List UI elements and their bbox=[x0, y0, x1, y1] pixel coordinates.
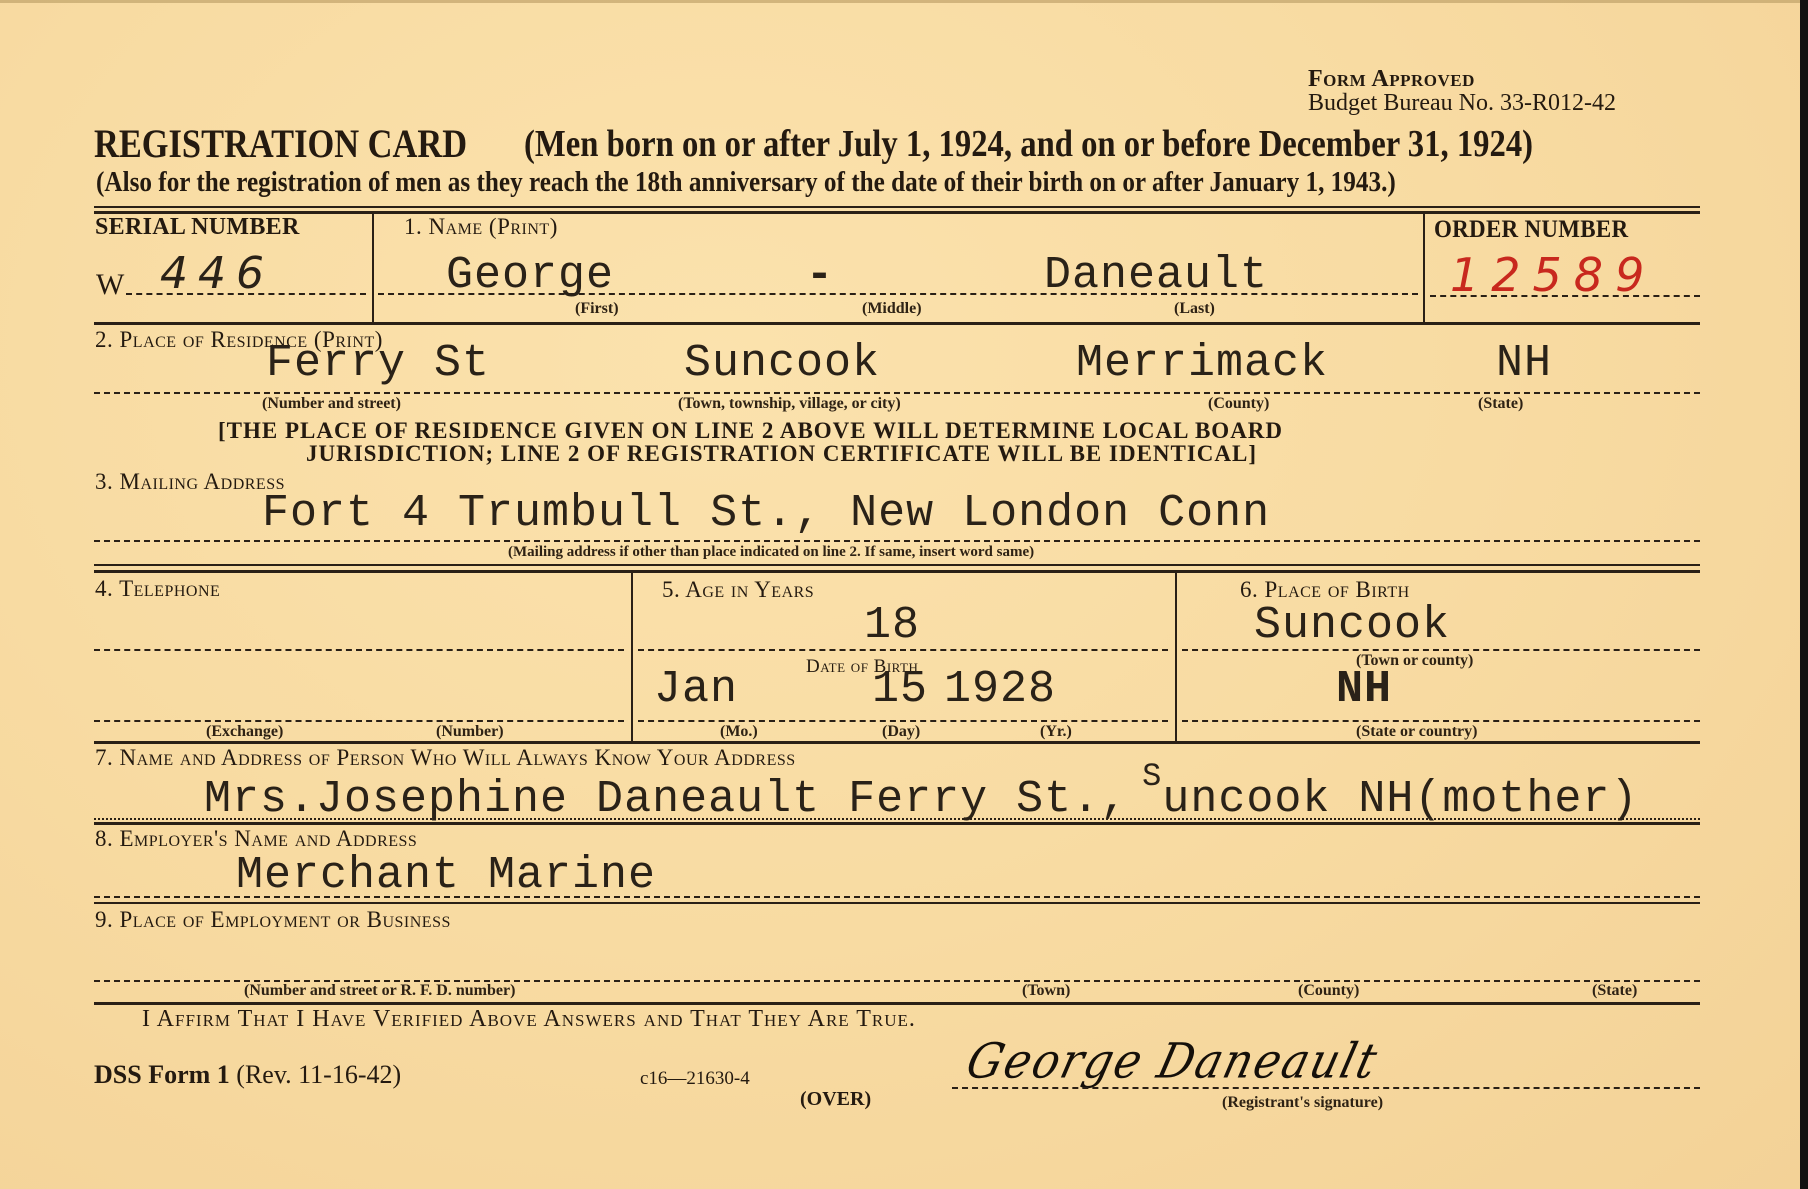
age-value: 18 bbox=[864, 600, 920, 651]
middle-caption: (Middle) bbox=[862, 300, 922, 318]
budget-bureau-number: Budget Bureau No. 33-R012-42 bbox=[1308, 90, 1616, 117]
row3-rule-b bbox=[94, 570, 1700, 573]
residence-street-value: Ferry St bbox=[266, 338, 490, 389]
employment-county-caption: (County) bbox=[1298, 982, 1359, 1000]
form-revision: (Rev. 11-16-42) bbox=[236, 1060, 401, 1089]
order-number-label: ORDER NUMBER bbox=[1434, 216, 1628, 244]
employment-street-caption: (Number and street or R. F. D. number) bbox=[244, 982, 515, 1000]
print-code: c16—21630-4 bbox=[640, 1068, 750, 1090]
town-caption: (Town, township, village, or city) bbox=[678, 395, 901, 413]
birthplace-state-value: NH bbox=[1336, 664, 1392, 715]
contact-person-label: 7. Name and Address of Person Who Will A… bbox=[95, 745, 796, 771]
exchange-caption: (Exchange) bbox=[206, 723, 283, 741]
dob-underline bbox=[638, 720, 1168, 722]
row7-bottom-rule bbox=[94, 822, 1700, 825]
birthplace-state-caption: (State or country) bbox=[1356, 723, 1477, 741]
age-birthplace-divider bbox=[1175, 573, 1177, 741]
serial-underline bbox=[126, 293, 366, 295]
street-caption: (Number and street) bbox=[262, 395, 401, 413]
jurisdiction-notice-line2: JURISDICTION; LINE 2 OF REGISTRATION CER… bbox=[306, 441, 1257, 467]
state-caption: (State) bbox=[1478, 395, 1523, 413]
row8-bottom-rule bbox=[94, 902, 1700, 904]
serial-divider bbox=[372, 214, 374, 322]
top-rule-thick bbox=[94, 211, 1700, 214]
birthplace-state-underline bbox=[1182, 720, 1700, 722]
county-caption: (County) bbox=[1208, 395, 1269, 413]
serial-number-label: SERIAL NUMBER bbox=[95, 214, 300, 241]
age-underline bbox=[638, 649, 1168, 651]
mailing-address-label: 3. Mailing Address bbox=[95, 469, 285, 495]
age-label: 5. Age in Years bbox=[662, 577, 814, 603]
order-divider bbox=[1423, 214, 1425, 322]
signature-line bbox=[952, 1087, 1700, 1089]
form-title: REGISTRATION CARD bbox=[94, 120, 467, 167]
form-approved: Form Approved bbox=[1308, 66, 1475, 93]
mailing-caption: (Mailing address if other than place ind… bbox=[508, 544, 1034, 561]
top-rule bbox=[94, 206, 1700, 208]
employment-town-caption: (Town) bbox=[1022, 982, 1070, 1000]
contact-underline bbox=[94, 818, 1700, 820]
employment-place-label: 9. Place of Employment or Business bbox=[95, 907, 451, 933]
birthplace-town-value: Suncook bbox=[1254, 600, 1450, 651]
number-caption: (Number) bbox=[436, 723, 504, 741]
row1-bottom-rule bbox=[94, 322, 1700, 325]
birth-day-value: 15 bbox=[872, 664, 928, 715]
serial-number-value: 446 bbox=[160, 248, 274, 299]
mailing-address-value: Fort 4 Trumbull St., New London Conn bbox=[262, 488, 1270, 539]
residence-underline bbox=[94, 392, 1700, 394]
first-caption: (First) bbox=[575, 300, 619, 318]
telephone-label: 4. Telephone bbox=[95, 576, 220, 602]
birth-month-value: Jan bbox=[654, 664, 738, 715]
order-underline bbox=[1430, 295, 1700, 297]
employer-value: Merchant Marine bbox=[236, 850, 656, 901]
name-label: 1. Name (Print) bbox=[404, 214, 558, 240]
year-caption: (Yr.) bbox=[1040, 723, 1072, 741]
tel-age-divider bbox=[631, 573, 633, 741]
affirmation-text: I Affirm That I Have Verified Above Answ… bbox=[142, 1006, 916, 1033]
telephone-line-2 bbox=[94, 720, 624, 722]
mailing-underline bbox=[94, 540, 1700, 542]
form-title-qualifier: (Men born on or after July 1, 1924, and … bbox=[524, 122, 1533, 166]
signature-caption: (Registrant's signature) bbox=[1222, 1094, 1383, 1112]
form-id-block: DSS Form 1 (Rev. 11-16-42) bbox=[94, 1060, 401, 1090]
month-caption: (Mo.) bbox=[720, 723, 758, 741]
residence-state-value: NH bbox=[1496, 338, 1552, 389]
name-underline bbox=[378, 293, 1418, 295]
row9-bottom-rule bbox=[94, 1002, 1700, 1005]
employer-underline bbox=[94, 896, 1700, 898]
row4-bottom-rule bbox=[94, 741, 1700, 744]
over-notice: (OVER) bbox=[800, 1088, 871, 1111]
residence-county-value: Merrimack bbox=[1076, 338, 1328, 389]
row3-rule-a bbox=[94, 564, 1700, 566]
form-id: DSS Form 1 bbox=[94, 1060, 230, 1089]
employer-label: 8. Employer's Name and Address bbox=[95, 826, 417, 852]
scan-edge bbox=[1800, 0, 1808, 1189]
registrant-signature: George Daneault bbox=[961, 1033, 1384, 1089]
employment-state-caption: (State) bbox=[1592, 982, 1637, 1000]
birthplace-town-underline bbox=[1182, 649, 1700, 651]
order-number-value: 12589 bbox=[1450, 248, 1656, 302]
card-top-edge bbox=[0, 0, 1800, 3]
day-caption: (Day) bbox=[882, 723, 920, 741]
form-subtitle: (Also for the registration of men as the… bbox=[96, 167, 1396, 199]
contact-superscript: S bbox=[1142, 758, 1162, 795]
residence-town-value: Suncook bbox=[684, 338, 880, 389]
birth-year-value: 1928 bbox=[944, 664, 1056, 715]
serial-prefix: W bbox=[96, 268, 124, 302]
last-caption: (Last) bbox=[1174, 300, 1215, 318]
telephone-line-1 bbox=[94, 649, 624, 651]
